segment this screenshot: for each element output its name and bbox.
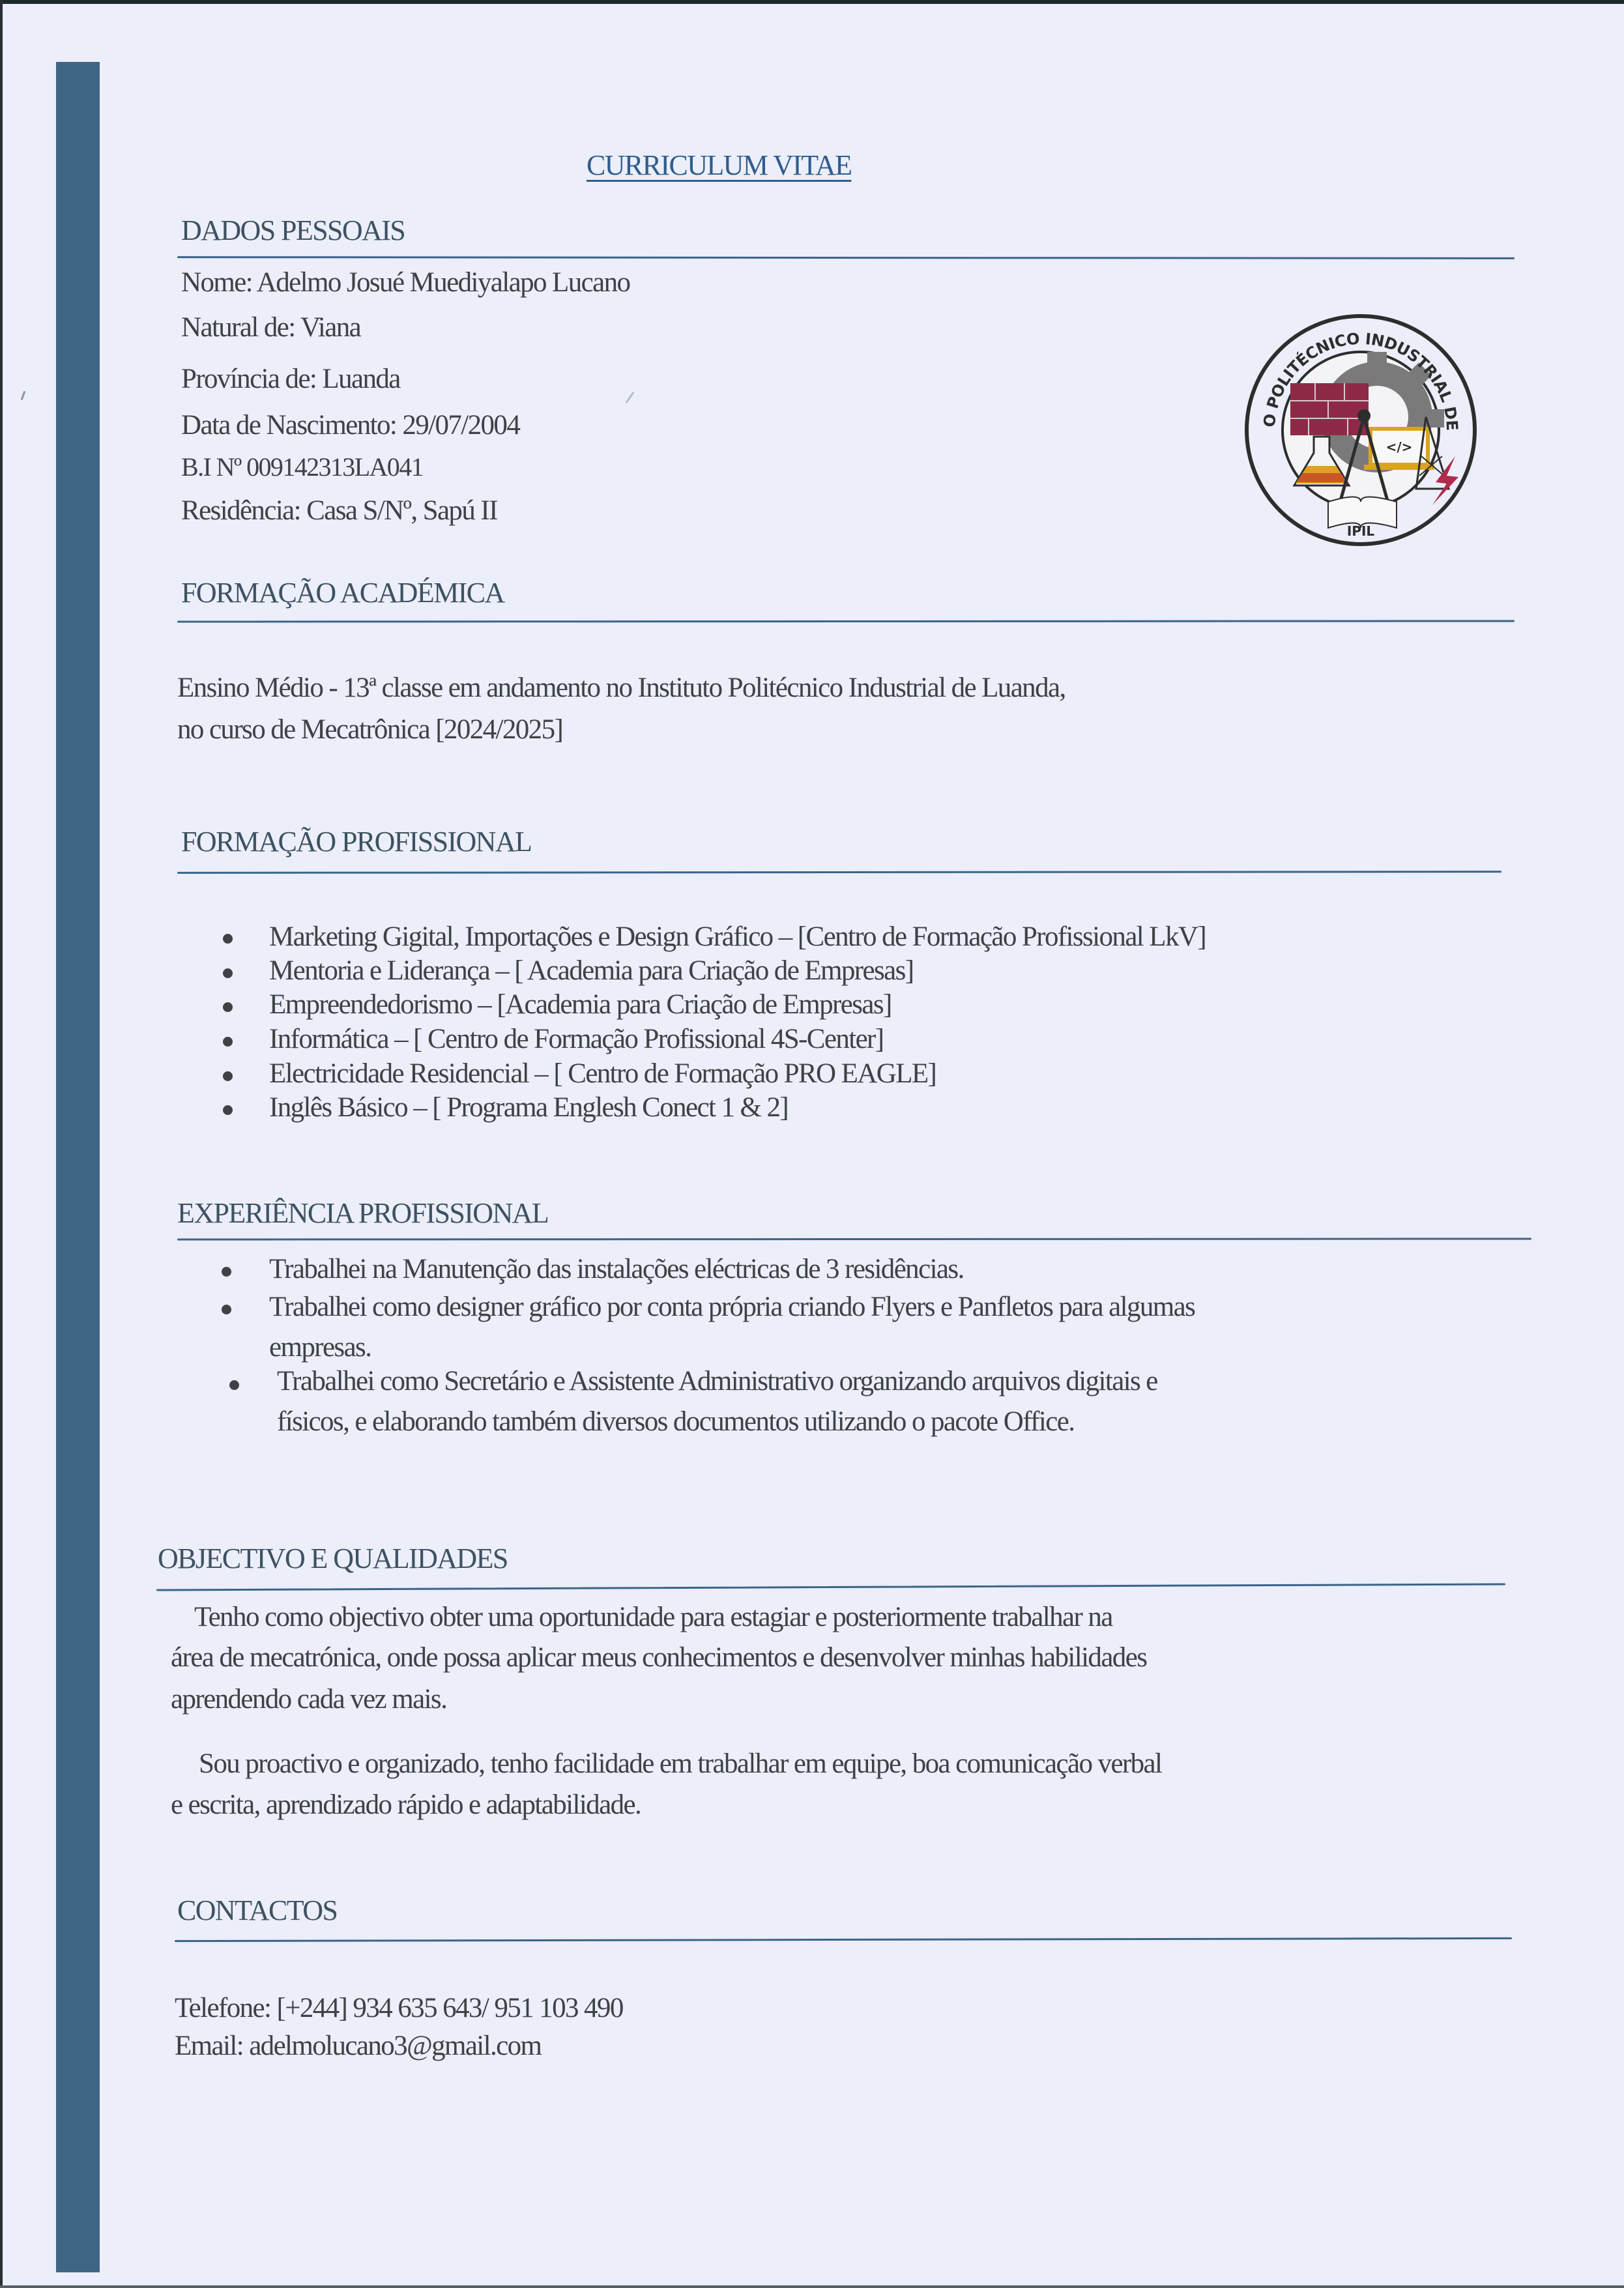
contact-phone: Telefone: [+244] 934 635 643/ 951 103 49… — [175, 1994, 623, 2022]
section-rule — [175, 1937, 1512, 1942]
field-province: Província de: Luanda — [181, 365, 400, 393]
svg-text:IPIL: IPIL — [1347, 523, 1375, 539]
section-rule — [156, 1583, 1505, 1591]
field-name: Nome: Adelmo Josué Muediyalapo Lucano — [181, 268, 630, 297]
section-heading-experience: EXPERIÊNCIA PROFISSIONAL — [177, 1199, 548, 1228]
academic-line: no curso de Mecatrônica [2024/2025] — [177, 716, 562, 744]
experience-item: Trabalhei na Manutenção das instalações … — [269, 1255, 964, 1283]
experience-item-continuation: empresas. — [269, 1333, 371, 1361]
qualities-line: e escrita, aprendizado rápido e adaptabi… — [171, 1791, 641, 1819]
bullet-icon — [223, 1037, 233, 1047]
field-birth-date: Data de Nascimento: 29/07/2004 — [181, 411, 519, 439]
training-item: Empreendedorismo – [Academia para Criaçã… — [269, 991, 892, 1019]
bullet-icon — [229, 1380, 239, 1390]
field-id-number: B.I Nº 009142313LA041 — [181, 454, 423, 480]
bullet-icon — [223, 934, 233, 944]
objective-line: área de mecatrónica, onde possa aplicar … — [171, 1644, 1146, 1672]
bullet-icon — [223, 1071, 233, 1081]
section-rule — [177, 1238, 1531, 1240]
cv-document: CURRICULUM VITAE DADOS PESSOAIS Nome: Ad… — [0, 0, 1624, 2288]
scan-speck — [21, 391, 26, 400]
qualities-line: Sou proactivo e organizado, tenho facili… — [199, 1750, 1161, 1778]
school-emblem-icon: </> INSTITUTO POLITÉCNICO INDUSTRIAL DE … — [1237, 306, 1485, 554]
objective-line: aprendendo cada vez mais. — [171, 1685, 446, 1713]
training-item: Electricidade Residencial – [ Centro de … — [269, 1060, 936, 1088]
bullet-icon — [222, 1305, 231, 1314]
section-heading-personal: DADOS PESSOAIS — [181, 216, 405, 245]
section-heading-contacts: CONTACTOS — [177, 1896, 337, 1925]
academic-line: Ensino Médio - 13ª classe em andamento n… — [177, 674, 1066, 702]
experience-item: Trabalhei como designer gráfico por cont… — [269, 1293, 1195, 1321]
experience-item-continuation: físicos, e elaborando também diversos do… — [277, 1408, 1074, 1436]
experience-item: Trabalhei como Secretário e Assistente A… — [277, 1367, 1157, 1395]
section-rule — [177, 256, 1515, 259]
section-rule — [177, 620, 1515, 622]
section-rule — [177, 871, 1501, 874]
training-item: Mentoria e Liderança – [ Academia para C… — [269, 957, 913, 985]
bullet-icon — [222, 1267, 231, 1277]
training-item: Inglês Básico – [ Programa Englesh Conec… — [269, 1093, 788, 1122]
training-item: Informática – [ Centro de Formação Profi… — [269, 1025, 884, 1053]
bullet-icon — [223, 968, 233, 978]
training-item: Marketing Gigital, Importações e Design … — [269, 923, 1206, 951]
document-title: CURRICULUM VITAE — [587, 151, 851, 180]
objective-line: Tenho como objectivo obter uma oportunid… — [194, 1603, 1112, 1631]
bullet-icon — [223, 1105, 233, 1115]
field-residence: Residência: Casa S/Nº, Sapú II — [181, 497, 497, 525]
scan-speck — [626, 392, 635, 403]
section-heading-objective: OBJECTIVO E QUALIDADES — [158, 1544, 508, 1573]
section-heading-academic: FORMAÇÃO ACADÉMICA — [181, 579, 504, 607]
bullet-icon — [223, 1002, 233, 1012]
section-heading-training: FORMAÇÃO PROFISSIONAL — [181, 828, 531, 856]
field-natural: Natural de: Viana — [181, 313, 360, 341]
svg-text:</>: </> — [1386, 439, 1413, 455]
contact-email[interactable]: Email: adelmolucano3@gmail.com — [175, 2032, 541, 2060]
